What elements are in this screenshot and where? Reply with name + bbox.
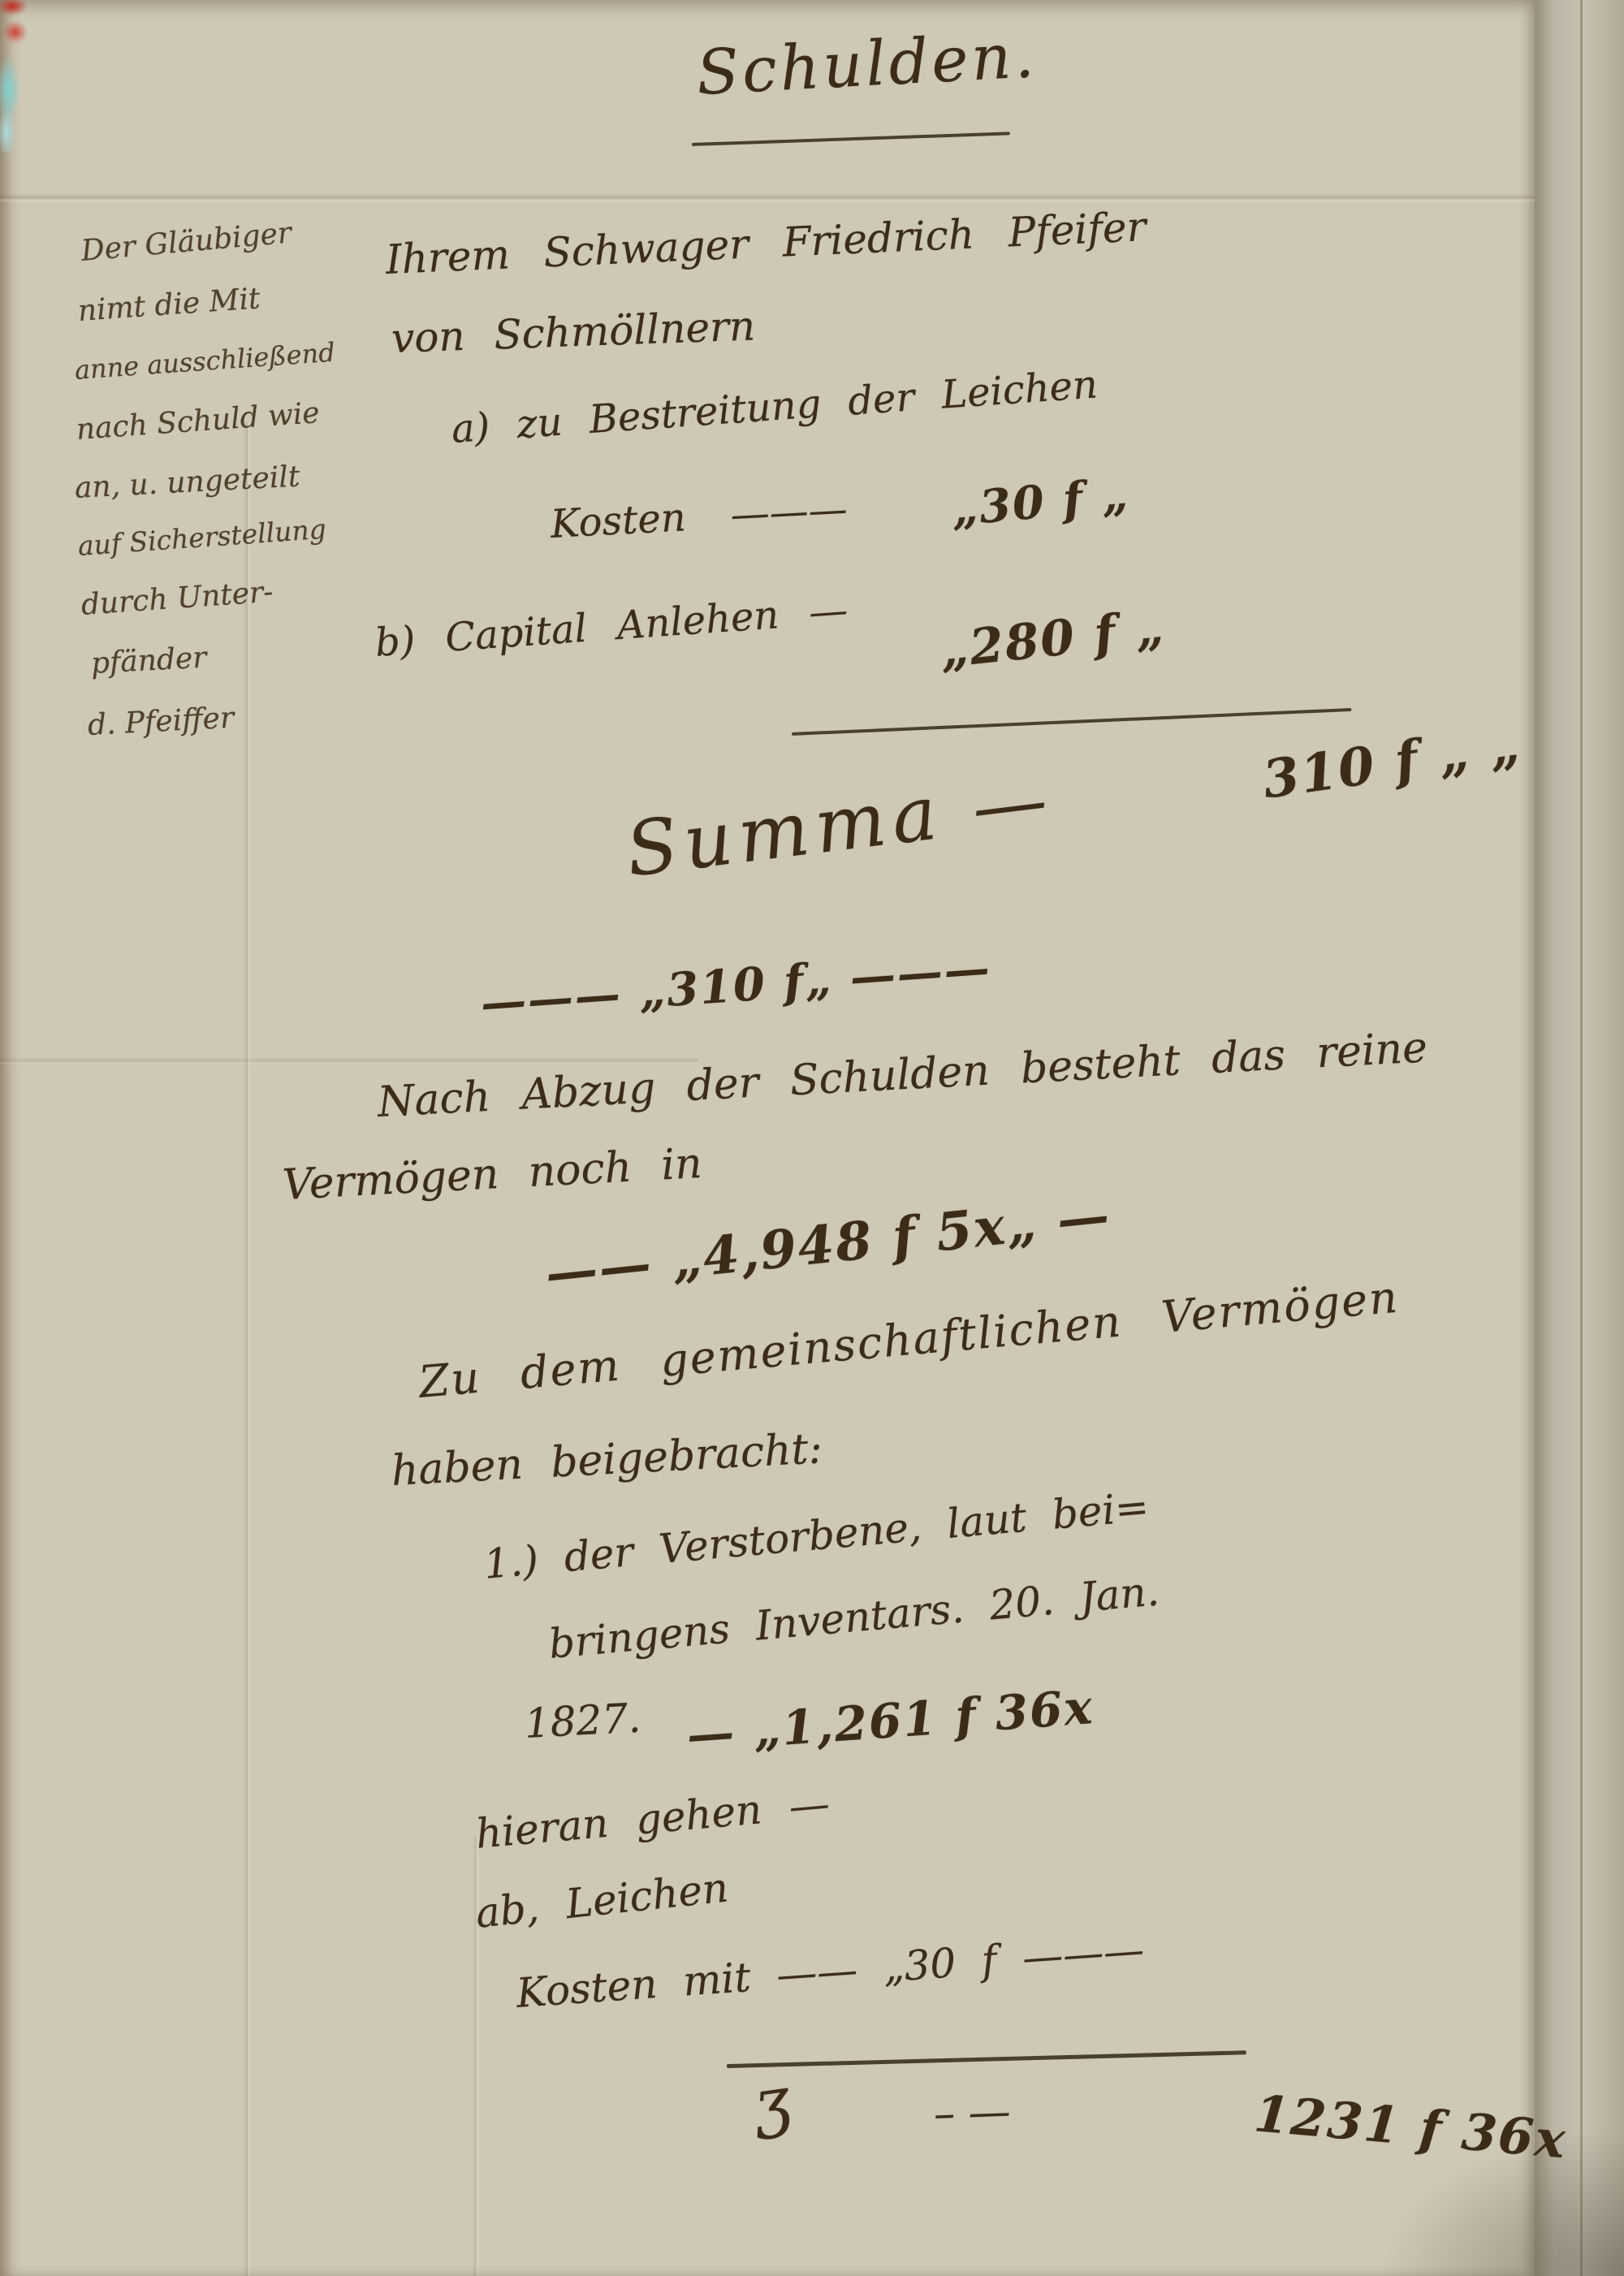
creditor-line: von Schmöllnern (391, 305, 756, 359)
page-title: Schulden. (695, 24, 1039, 104)
underlying-sheet-edge (1580, 0, 1583, 2276)
fold-crease-middle (0, 1057, 698, 1065)
fold-crease-top (0, 193, 1535, 203)
cyan-corner-mark (0, 47, 29, 153)
margin-note-line: d. Pfeiffer (87, 704, 235, 741)
document-photo: Schulden. Der Gläubiger nimt die Mit ann… (0, 0, 1624, 2276)
debt-item-a-amount: „30 f „ (950, 472, 1131, 533)
manuscript-page (0, 0, 1535, 2276)
page-left-edge (0, 0, 21, 2276)
page-right-edge-strip (1535, 0, 1624, 2276)
sum-dashes: – — (933, 2091, 1011, 2136)
margin-note-line: pfänder (90, 644, 207, 679)
contribution-item1-year: 1827. (524, 1698, 642, 1744)
fold-crease-vertical-left (244, 422, 251, 2276)
